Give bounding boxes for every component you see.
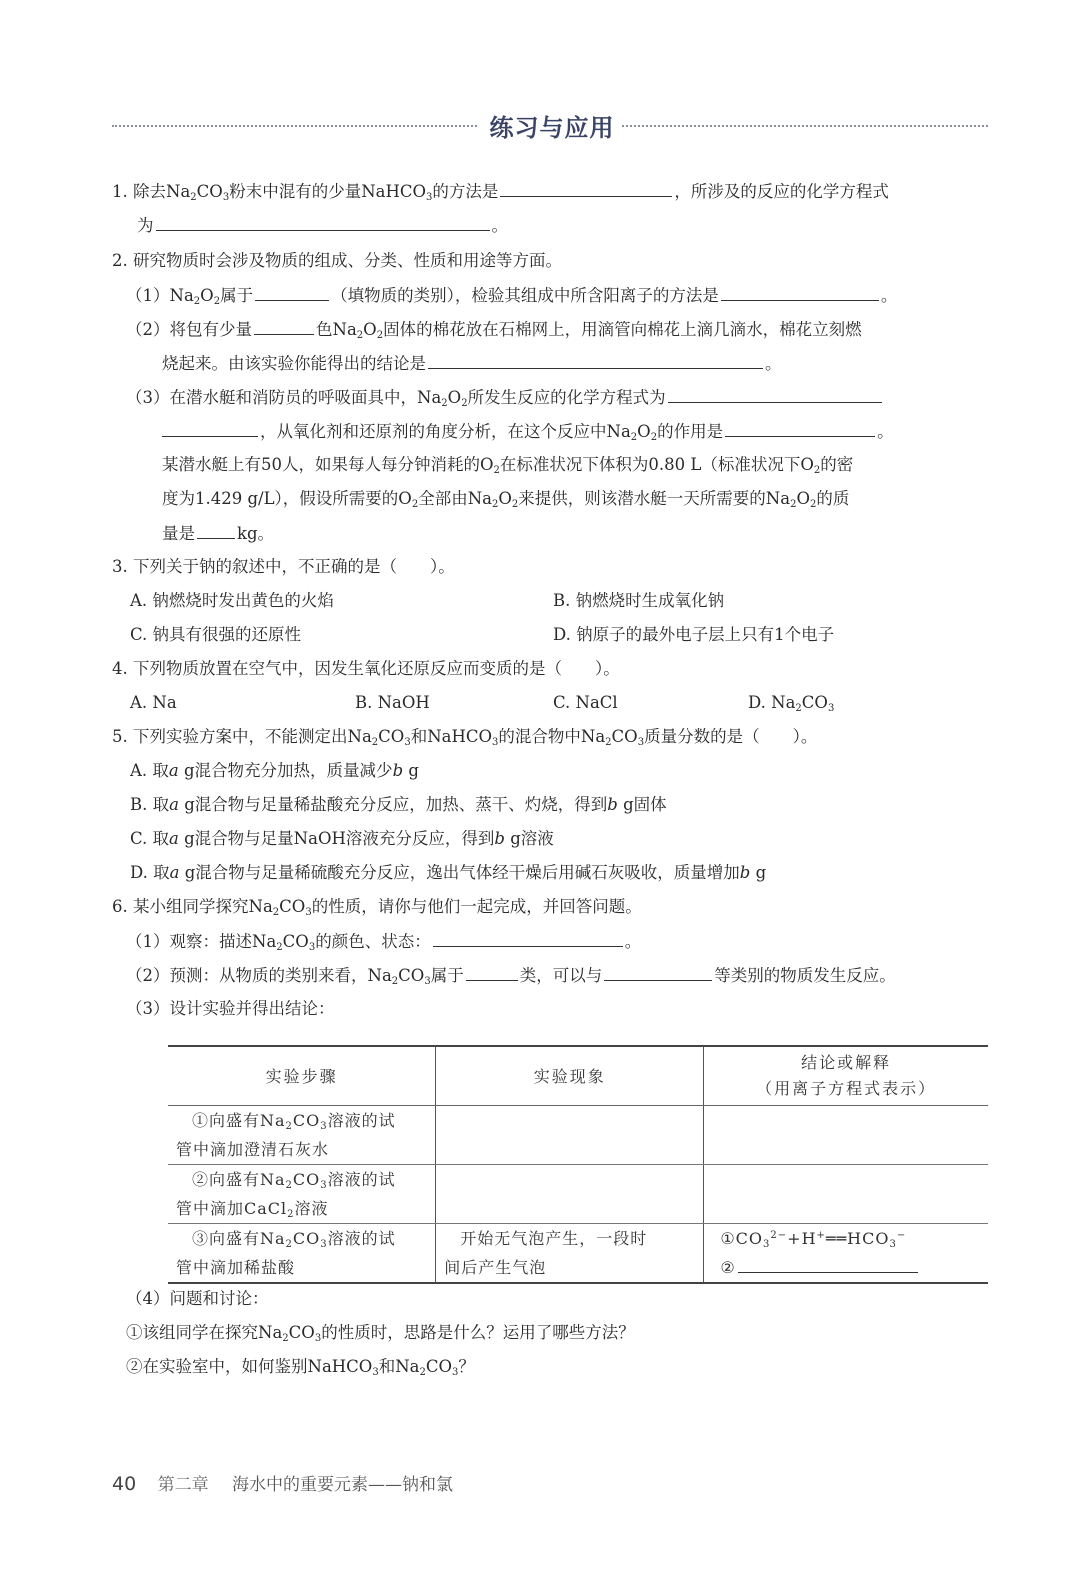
answer-blank[interactable] — [738, 1256, 918, 1273]
question-5-option-a[interactable]: A. 取a g混合物充分加热，质量减少b g — [130, 760, 419, 782]
question-2-part-3-line-4: 度为1.429 g/L），假设所需要的O2全部由Na2O2来提供，则该潜水艇一天… — [162, 488, 849, 510]
answer-blank[interactable] — [466, 964, 518, 981]
question-6-part-1: （1）观察：描述Na2CO3的颜色、状态：。 — [126, 930, 641, 953]
question-6-stem: 6. 某小组同学探究Na2CO3的性质，请你与他们一起完成，并回答问题。 — [112, 896, 642, 918]
header-conclusion: 结论或解释 （用离子方程式表示） — [704, 1046, 988, 1106]
answer-blank[interactable] — [721, 284, 879, 301]
answer-blank[interactable] — [500, 180, 672, 197]
dotted-rule-left — [112, 125, 477, 127]
question-3-option-a[interactable]: A. 钠燃烧时发出黄色的火焰 — [130, 590, 334, 612]
section-title: 练习与应用 — [487, 108, 617, 143]
step-cell: ②向盛有Na2CO3溶液的试 管中滴加CaCl2溶液 — [168, 1165, 436, 1224]
question-5-stem: 5. 下列实验方案中，不能测定出Na2CO3和NaHCO3的混合物中Na2CO3… — [112, 726, 817, 748]
answer-blank[interactable] — [725, 420, 875, 437]
question-number: 1. — [112, 182, 128, 201]
question-2-part-3-line-5: 量是kg。 — [162, 522, 274, 545]
question-4-option-c[interactable]: C. NaCl — [553, 692, 618, 714]
table-row: ②向盛有Na2CO3溶液的试 管中滴加CaCl2溶液 — [168, 1165, 988, 1224]
question-6-part-2: （2）预测：从物质的类别来看，Na2CO3属于类，可以与等类别的物质发生反应。 — [126, 964, 896, 987]
textbook-page: 练习与应用 1. 除去Na2CO3粉末中混有的少量NaHCO3的方法是，所涉及的… — [0, 0, 1080, 1594]
chapter-title: 海水中的重要元素——钠和氯 — [232, 1475, 453, 1495]
question-1-line-2: 为。 — [137, 214, 508, 237]
question-6-part-4: （4）问题和讨论： — [126, 1288, 269, 1310]
conclusion-cell[interactable] — [704, 1165, 988, 1224]
table-row: ①向盛有Na2CO3溶液的试 管中滴加澄清石灰水 — [168, 1106, 988, 1165]
chapter-label: 第二章 — [158, 1475, 209, 1495]
question-2-stem: 2. 研究物质时会涉及物质的组成、分类、性质和用途等方面。 — [112, 250, 562, 272]
question-4-option-b[interactable]: B. NaOH — [355, 692, 430, 714]
section-header: 练习与应用 — [112, 108, 988, 138]
step-cell: ①向盛有Na2CO3溶液的试 管中滴加澄清石灰水 — [168, 1106, 436, 1165]
question-6-discussion-1: ①该组同学在探究Na2CO3的性质时，思路是什么？运用了哪些方法？ — [126, 1322, 635, 1344]
question-2-part-3-line-2: ，从氧化剂和还原剂的角度分析，在这个反应中Na2O2的作用是。 — [162, 420, 894, 443]
ionic-equation-2: ② — [720, 1253, 980, 1282]
question-3-option-d[interactable]: D. 钠原子的最外电子层上只有1个电子 — [553, 624, 834, 646]
question-2-part-3-line-3: 某潜水艇上有50人，如果每人每分钟消耗的O2在标准状况下体积为0.80 L（标准… — [162, 454, 853, 476]
question-3-option-c[interactable]: C. 钠具有很强的还原性 — [130, 624, 301, 646]
question-2-part-2-line-2: 烧起来。由该实验你能得出的结论是。 — [162, 352, 782, 375]
ionic-equation-1: ①CO32−+H+══HCO3− — [720, 1224, 980, 1253]
table-header-row: 实验步骤 实验现象 结论或解释 （用离子方程式表示） — [168, 1046, 988, 1106]
answer-blank[interactable] — [197, 522, 235, 539]
answer-blank[interactable] — [604, 964, 712, 981]
answer-blank[interactable] — [255, 284, 329, 301]
question-1-line-1: 1. 除去Na2CO3粉末中混有的少量NaHCO3的方法是，所涉及的反应的化学方… — [112, 180, 889, 203]
question-6-discussion-2: ②在实验室中，如何鉴别NaHCO3和Na2CO3？ — [126, 1356, 475, 1378]
phenomenon-cell: 开始无气泡产生，一段时 间后产生气泡 — [436, 1224, 704, 1284]
answer-blank[interactable] — [156, 214, 490, 231]
question-4-stem: 4. 下列物质放置在空气中，因发生氧化还原反应而变质的是（ ）。 — [112, 658, 620, 680]
question-3-option-b[interactable]: B. 钠燃烧时生成氧化钠 — [553, 590, 724, 612]
page-footer: 40 第二章 海水中的重要元素——钠和氯 — [112, 1470, 453, 1495]
question-4-option-a[interactable]: A. Na — [130, 692, 177, 714]
question-5-option-d[interactable]: D. 取a g混合物与足量稀硫酸充分反应，逸出气体经干燥后用碱石灰吸收，质量增加… — [130, 862, 766, 884]
phenomenon-cell[interactable] — [436, 1165, 704, 1224]
question-5-option-b[interactable]: B. 取a g混合物与足量稀盐酸充分反应，加热、蒸干、灼烧，得到b g固体 — [130, 794, 667, 816]
dotted-rule-right — [622, 125, 988, 127]
question-6-part-3: （3）设计实验并得出结论： — [126, 998, 335, 1020]
answer-blank[interactable] — [668, 386, 882, 403]
header-steps: 实验步骤 — [168, 1046, 436, 1106]
conclusion-cell: ①CO32−+H+══HCO3− ② — [704, 1224, 988, 1284]
table-row: ③向盛有Na2CO3溶液的试 管中滴加稀盐酸 开始无气泡产生，一段时 间后产生气… — [168, 1224, 988, 1284]
conclusion-cell[interactable] — [704, 1106, 988, 1165]
question-2-part-1: （1）Na2O2属于（填物质的类别），检验其组成中所含阳离子的方法是。 — [126, 284, 897, 307]
answer-blank[interactable] — [428, 352, 763, 369]
header-phenomenon: 实验现象 — [436, 1046, 704, 1106]
question-2-part-3: （3）在潜水艇和消防员的呼吸面具中，Na2O2所发生反应的化学方程式为 — [126, 386, 884, 409]
question-2-part-2: （2）将包有少量色Na2O2固体的棉花放在石棉网上，用滴管向棉花上滴几滴水，棉花… — [126, 318, 862, 341]
answer-blank[interactable] — [433, 930, 623, 947]
phenomenon-cell[interactable] — [436, 1106, 704, 1165]
question-5-option-c[interactable]: C. 取a g混合物与足量NaOH溶液充分反应，得到b g溶液 — [130, 828, 554, 850]
experiment-table: 实验步骤 实验现象 结论或解释 （用离子方程式表示） ①向盛有Na2CO3溶液的… — [168, 1045, 988, 1284]
step-cell: ③向盛有Na2CO3溶液的试 管中滴加稀盐酸 — [168, 1224, 436, 1284]
answer-blank[interactable] — [254, 318, 314, 335]
question-4-option-d[interactable]: D. Na2CO3 — [748, 692, 834, 714]
answer-blank[interactable] — [162, 420, 258, 437]
question-3-stem: 3. 下列关于钠的叙述中，不正确的是（ ）。 — [112, 556, 455, 578]
page-number: 40 — [112, 1473, 136, 1495]
